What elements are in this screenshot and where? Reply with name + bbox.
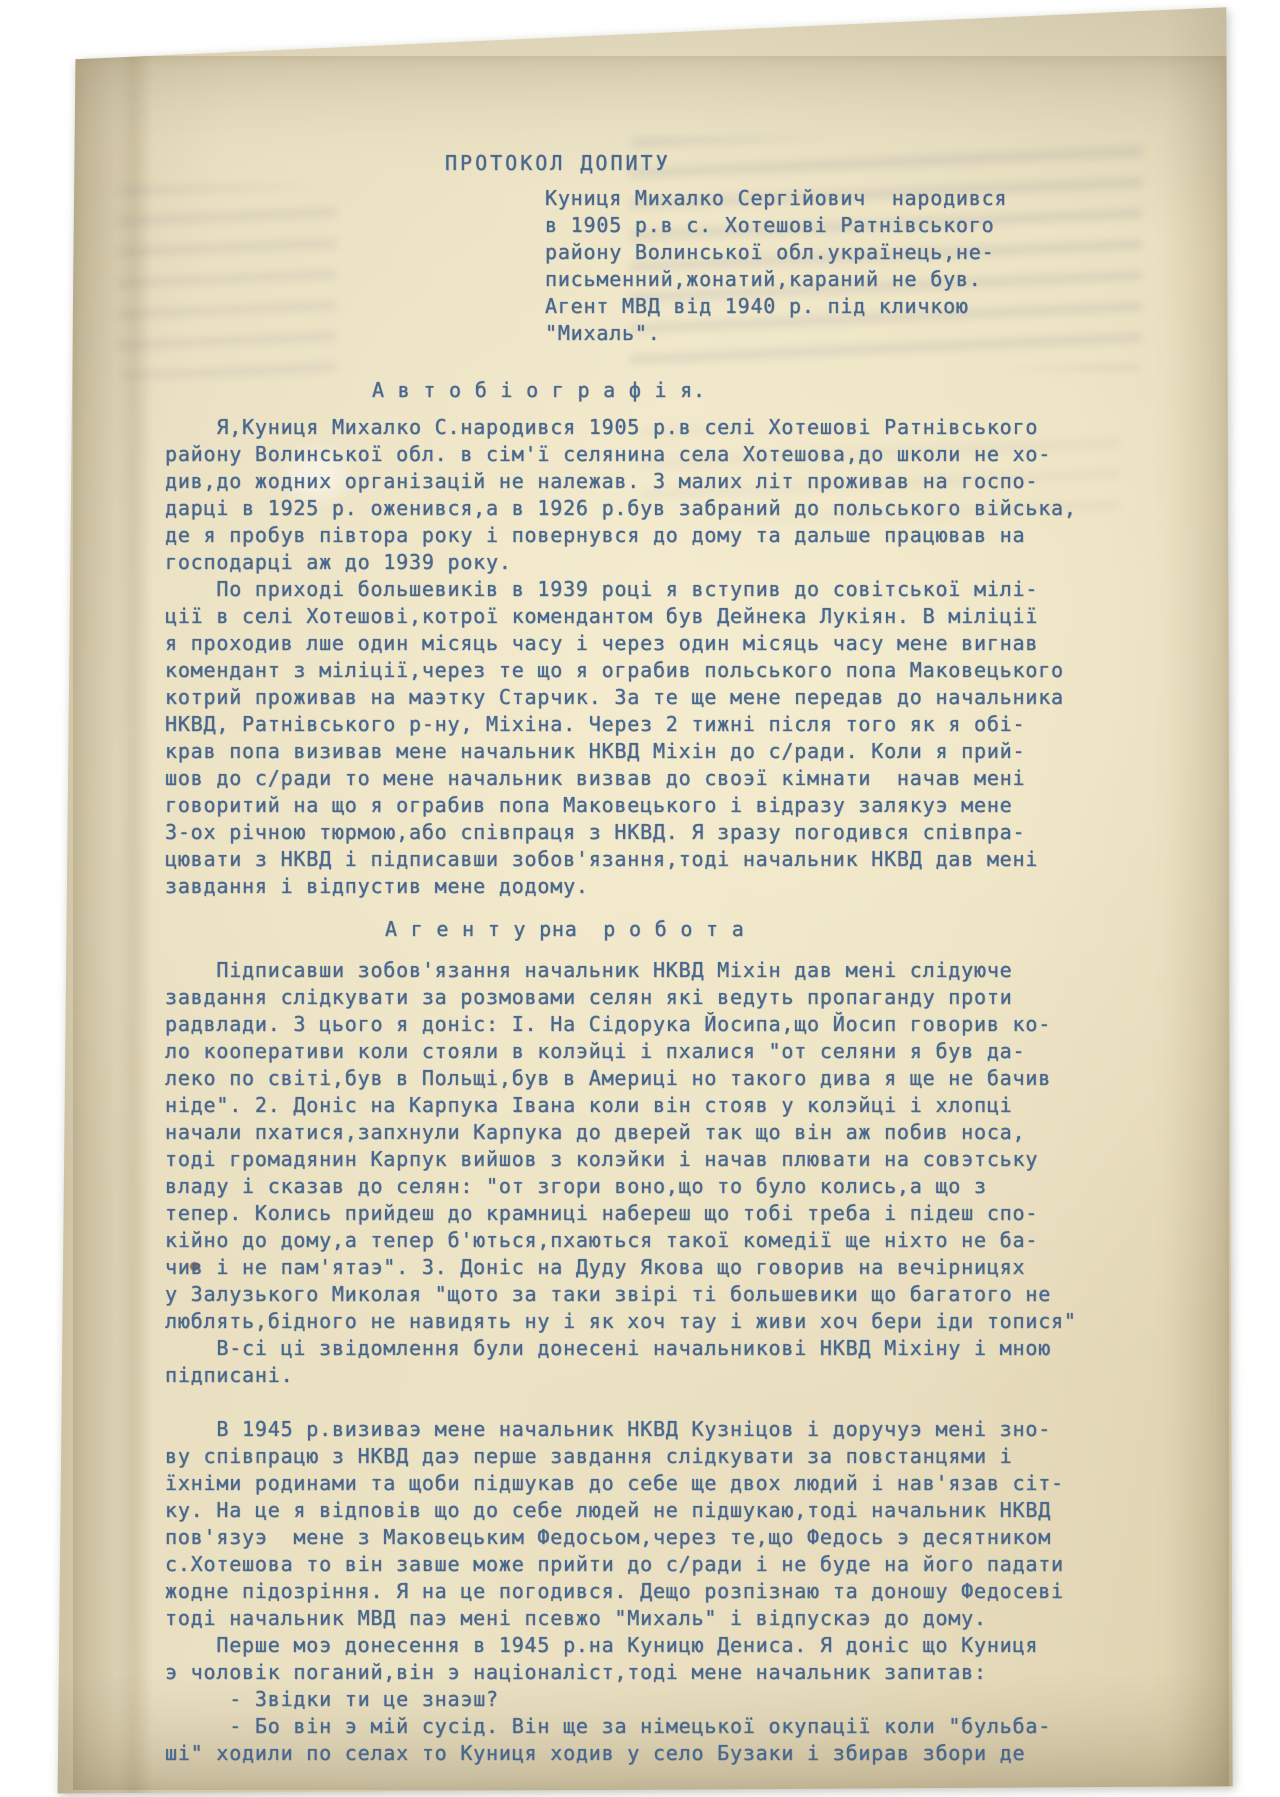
agent-work-paragraph-1: Підписавши зобов'язання начальник НКВД М… [165, 957, 1140, 1335]
paper-shadow-wrap: ПРОТОКОЛ ДОПИТУ Куниця Михалко Сергійови… [0, 0, 1280, 1797]
paper-sheet: ПРОТОКОЛ ДОПИТУ Куниця Михалко Сергійови… [0, 0, 1280, 1797]
agent-work-paragraph-3: В 1945 р.визиваэ мене начальник НКВД Куз… [165, 1416, 1140, 1632]
scanned-document-page: { "document": { "title": "ПРОТОКОЛ ДОПИТ… [0, 0, 1280, 1797]
agent-work-heading: А г е н т у рна р о б о т а [385, 916, 1140, 943]
autobiography-paragraph-1: Я,Куниця Михалко С.народився 1905 р.в се… [165, 414, 1140, 576]
autobiography-paragraph-2: По приході большевиків в 1939 році я вст… [165, 576, 1140, 900]
autobiography-heading: А в т о б і о г р а ф і я. [372, 377, 1140, 404]
document-title: ПРОТОКОЛ ДОПИТУ [445, 150, 1140, 177]
person-preamble: Куниця Михалко Сергійович народився в 19… [545, 185, 1140, 347]
typewritten-content: ПРОТОКОЛ ДОПИТУ Куниця Михалко Сергійови… [165, 150, 1140, 1767]
agent-work-paragraph-4: Перше моэ донесення в 1945 р.на Куницю Д… [165, 1632, 1140, 1767]
agent-work-paragraph-2: В-сі ці звідомлення були донесені началь… [165, 1335, 1140, 1389]
